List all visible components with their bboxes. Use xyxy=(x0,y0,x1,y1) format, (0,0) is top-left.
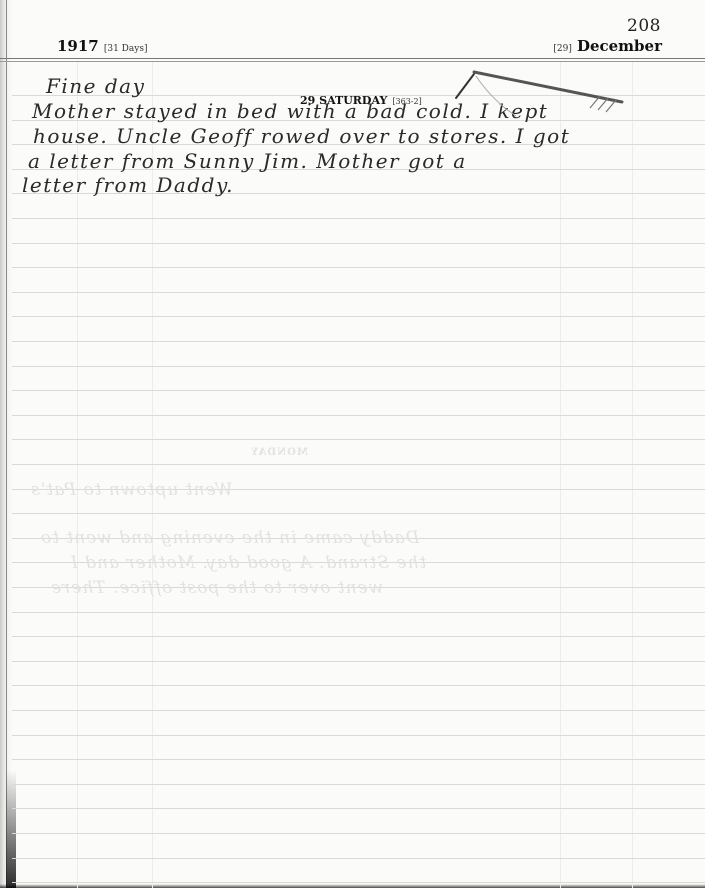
ghost-line: the Strand. A good day. Mother and I xyxy=(70,553,426,573)
day-of-month-bracket: [29] xyxy=(553,44,571,54)
ruled-line xyxy=(12,612,705,613)
ruled-line xyxy=(12,759,705,760)
entry-line: house. Uncle Geoff rowed over to stores.… xyxy=(33,124,570,148)
ruled-line xyxy=(12,636,705,637)
ghost-line: Daddy came in the evening and went to xyxy=(40,528,419,548)
ruled-line xyxy=(12,882,705,883)
binding-shadow xyxy=(6,770,16,888)
ruled-line xyxy=(12,439,705,440)
entry-line: Fine day xyxy=(46,74,145,98)
ruled-line xyxy=(12,218,705,219)
column-rule xyxy=(632,62,633,888)
page-number: 208 xyxy=(627,16,661,36)
month-days-label: [31 Days] xyxy=(104,44,148,54)
column-rule xyxy=(560,62,561,888)
ruled-line xyxy=(12,415,705,416)
year-label: 1917 xyxy=(57,37,99,55)
ruled-line xyxy=(12,710,705,711)
ruled-line xyxy=(12,390,705,391)
ruled-line xyxy=(12,316,705,317)
ruled-line xyxy=(12,464,705,465)
pencil-check-mark xyxy=(440,60,640,120)
ruled-line xyxy=(12,661,705,662)
diary-page: 208 1917 [31 Days] [29] December 29 SATU… xyxy=(0,0,705,888)
ruled-line xyxy=(12,292,705,293)
page-bottom-edge xyxy=(0,884,705,888)
header-year: 1917 [31 Days] xyxy=(57,36,147,55)
header-rule-top xyxy=(0,58,705,59)
ruled-line xyxy=(12,366,705,367)
binding-edge xyxy=(6,0,7,888)
ruled-line xyxy=(12,808,705,809)
entry-line: letter from Daddy. xyxy=(22,173,234,197)
ruled-line xyxy=(12,784,705,785)
ruled-line xyxy=(12,267,705,268)
header-month: [29] December xyxy=(553,36,662,55)
ruled-line xyxy=(12,685,705,686)
ruled-line xyxy=(12,735,705,736)
ruled-line xyxy=(12,513,705,514)
ghost-line: went over to the post office. There xyxy=(50,578,383,598)
ruled-line xyxy=(12,341,705,342)
ruled-line xyxy=(12,833,705,834)
ruled-line xyxy=(12,858,705,859)
ghost-line: MONDAY xyxy=(250,447,308,458)
month-label: December xyxy=(577,37,662,55)
ruled-line xyxy=(12,243,705,244)
ghost-line: Went uptown to Pat's xyxy=(30,480,233,500)
entry-line: a letter from Sunny Jim. Mother got a xyxy=(28,149,467,173)
